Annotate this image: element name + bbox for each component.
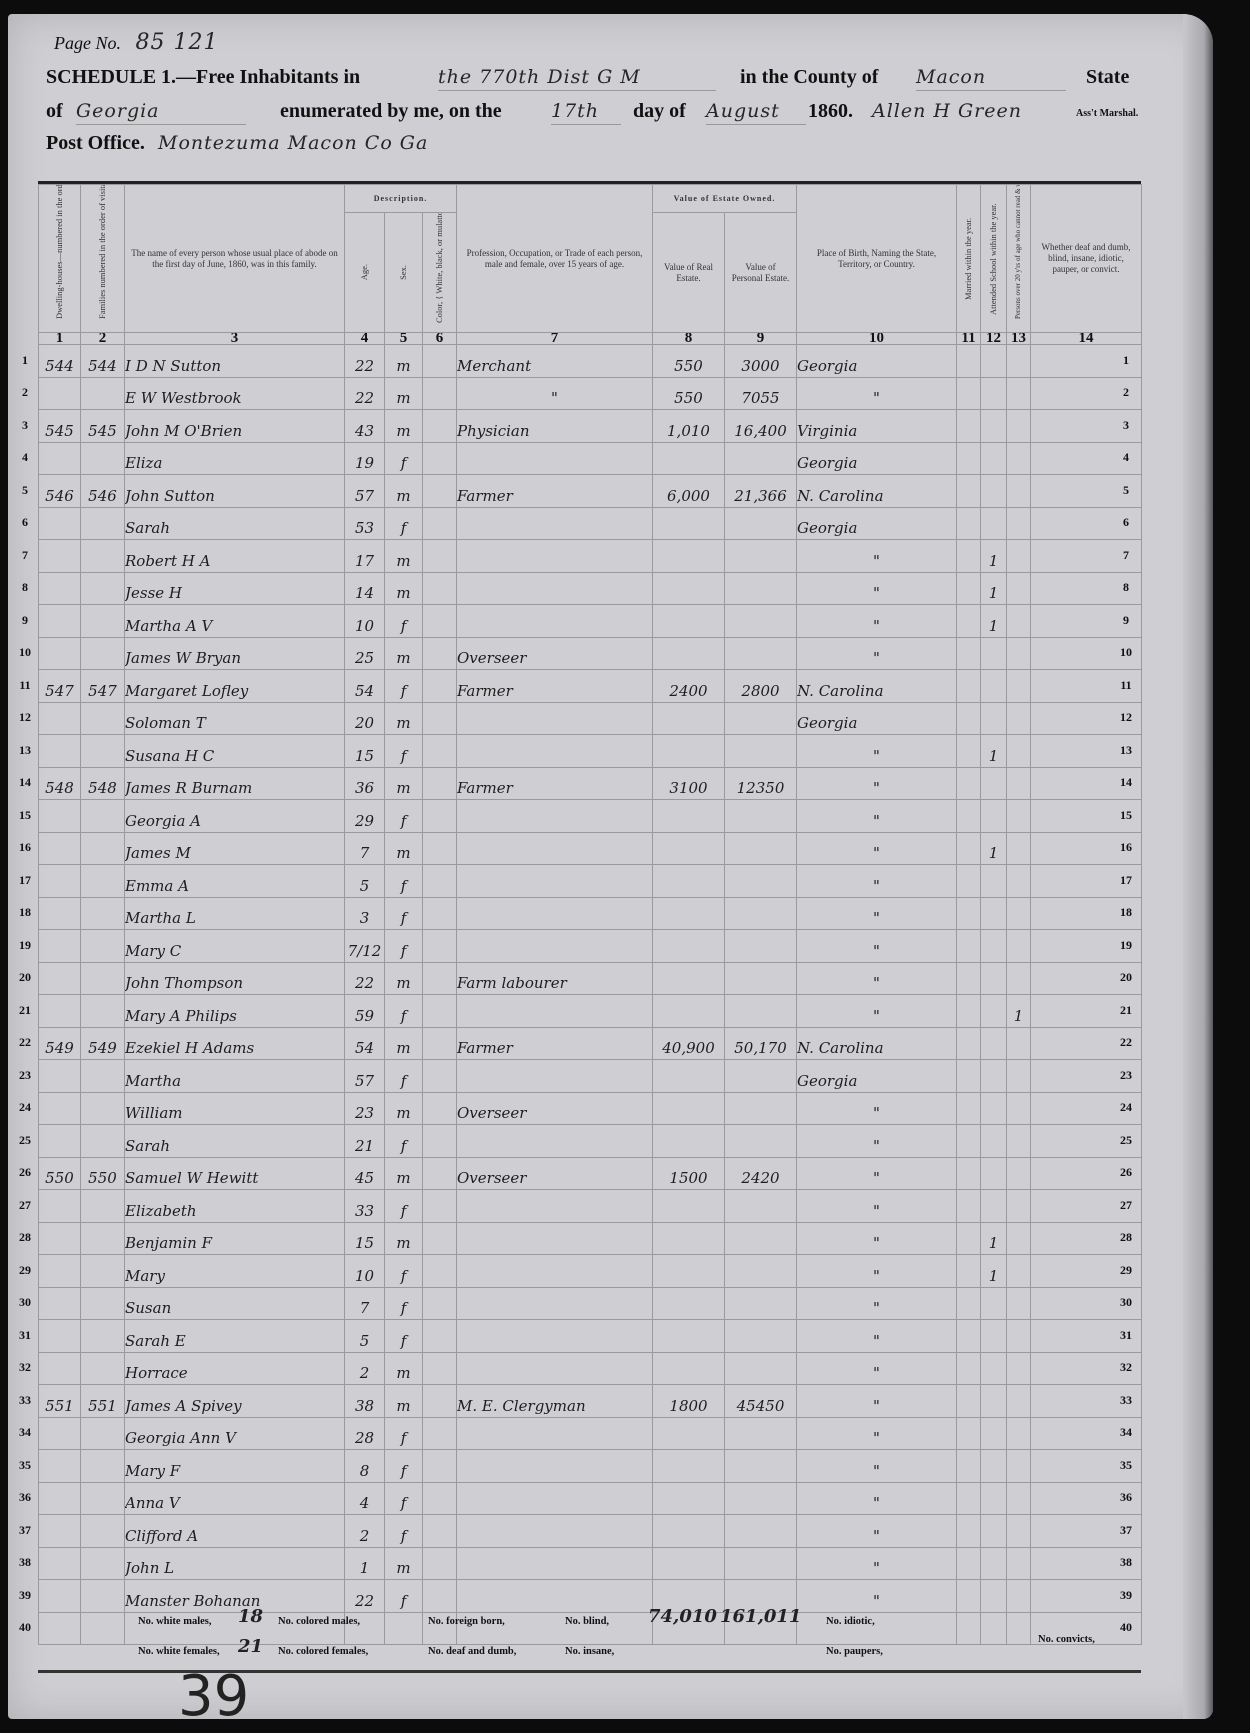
cannot-read-write-cell <box>1007 897 1031 930</box>
sex-cell: m <box>385 572 423 605</box>
attended-school-cell <box>981 865 1007 898</box>
of-label: of <box>46 100 63 122</box>
married-cell <box>957 1060 981 1093</box>
line-number: 31 <box>1115 1328 1137 1343</box>
person-name-cell: Sarah <box>125 507 345 540</box>
occupation-cell: Physician <box>457 410 653 443</box>
line-number: 30 <box>1115 1295 1137 1310</box>
cannot-read-write-cell <box>1007 832 1031 865</box>
attended-school-cell <box>981 1125 1007 1158</box>
line-number: 10 <box>14 645 36 660</box>
line-number: 4 <box>1115 450 1137 465</box>
age-cell: 5 <box>345 1320 385 1353</box>
married-cell <box>957 832 981 865</box>
family-number-cell <box>81 1190 125 1223</box>
sex-cell: f <box>385 507 423 540</box>
age-cell: 53 <box>345 507 385 540</box>
birthplace-cell: " <box>797 1092 957 1125</box>
white-males-value: 18 <box>238 1606 263 1627</box>
attended-school-cell <box>981 670 1007 703</box>
dwelling-number-cell <box>39 572 81 605</box>
line-number: 37 <box>1115 1523 1137 1538</box>
birthplace-cell: " <box>797 1157 957 1190</box>
person-name-cell: James W Bryan <box>125 637 345 670</box>
family-number-cell <box>81 832 125 865</box>
attended-school-cell <box>981 345 1007 378</box>
line-number: 13 <box>1115 743 1137 758</box>
dwelling-number-cell <box>39 1612 81 1645</box>
married-cell <box>957 865 981 898</box>
line-number: 23 <box>14 1068 36 1083</box>
line-number: 3 <box>1115 418 1137 433</box>
attended-school-cell <box>981 1320 1007 1353</box>
age-cell: 28 <box>345 1417 385 1450</box>
occupation-cell: Farmer <box>457 767 653 800</box>
table-row: Mary10f"1 <box>39 1255 1142 1288</box>
table-row: William23mOverseer" <box>39 1092 1142 1125</box>
real-estate-value-cell <box>653 1352 725 1385</box>
birthplace-cell: " <box>797 1515 957 1548</box>
age-cell: 25 <box>345 637 385 670</box>
line-number: 2 <box>14 385 36 400</box>
line-number: 23 <box>1115 1068 1137 1083</box>
age-cell: 17 <box>345 540 385 573</box>
personal-estate-value-cell <box>725 1222 797 1255</box>
family-number-cell <box>81 702 125 735</box>
real-estate-value-cell <box>653 637 725 670</box>
occupation-cell <box>457 1450 653 1483</box>
real-estate-value-cell <box>653 1515 725 1548</box>
dwelling-number-cell: 547 <box>39 670 81 703</box>
cannot-read-write-cell <box>1007 345 1031 378</box>
dwelling-number-cell <box>39 377 81 410</box>
birthplace-cell: N. Carolina <box>797 670 957 703</box>
birthplace-cell: " <box>797 1482 957 1515</box>
attended-school-cell <box>981 767 1007 800</box>
family-number-cell <box>81 637 125 670</box>
dwelling-number-cell <box>39 1482 81 1515</box>
deaf-dumb-label: No. deaf and dumb, <box>428 1646 516 1657</box>
day-field: 17th <box>551 100 621 125</box>
color-cell <box>423 1417 457 1450</box>
family-number-cell <box>81 605 125 638</box>
cannot-read-write-cell <box>1007 1450 1031 1483</box>
page-number-label: Page No. <box>54 33 121 53</box>
age-cell: 20 <box>345 702 385 735</box>
state-label: State <box>1086 66 1129 89</box>
summary-block: No. white males, 18 No. white females, 2… <box>138 1602 1141 1670</box>
sex-cell: m <box>385 1157 423 1190</box>
occupation-cell: Overseer <box>457 1157 653 1190</box>
occupation-cell <box>457 1222 653 1255</box>
real-estate-value-cell <box>653 865 725 898</box>
family-number-cell: 547 <box>81 670 125 703</box>
table-row: Mary C7/12f" <box>39 930 1142 963</box>
dwelling-number-cell <box>39 1320 81 1353</box>
column-number: 1 <box>39 333 81 345</box>
color-cell <box>423 1515 457 1548</box>
person-name-cell: Margaret Lofley <box>125 670 345 703</box>
line-number: 33 <box>1115 1393 1137 1408</box>
line-number: 37 <box>14 1523 36 1538</box>
line-number: 20 <box>14 970 36 985</box>
sex-cell: m <box>385 832 423 865</box>
dwelling-number-cell: 546 <box>39 475 81 508</box>
table-row: 551551James A Spivey38mM. E. Clergyman18… <box>39 1385 1142 1418</box>
color-cell <box>423 1190 457 1223</box>
occupation-cell <box>457 1125 653 1158</box>
cannot-read-write-cell <box>1007 1222 1031 1255</box>
color-cell <box>423 1320 457 1353</box>
sex-cell: m <box>385 1027 423 1060</box>
occupation-cell <box>457 1287 653 1320</box>
marshal-label: Ass't Marshal. <box>1076 108 1138 119</box>
personal-estate-value-cell: 7055 <box>725 377 797 410</box>
color-cell <box>423 540 457 573</box>
color-cell <box>423 410 457 443</box>
age-cell: 54 <box>345 1027 385 1060</box>
real-estate-value-cell <box>653 930 725 963</box>
real-estate-value-cell <box>653 1417 725 1450</box>
line-number: 27 <box>14 1198 36 1213</box>
line-number: 6 <box>1115 515 1137 530</box>
occupation-cell <box>457 1060 653 1093</box>
schedule-label: SCHEDULE 1.—Free Inhabitants in <box>46 66 360 88</box>
attended-school-cell: 1 <box>981 1255 1007 1288</box>
personal-estate-value-cell <box>725 1092 797 1125</box>
post-office-line: Post Office. Montezuma Macon Co Ga <box>46 132 1166 155</box>
cannot-read-write-cell <box>1007 1287 1031 1320</box>
occupation-cell <box>457 1482 653 1515</box>
table-row: E W Westbrook22m"5507055" <box>39 377 1142 410</box>
occupation-cell <box>457 1417 653 1450</box>
line-number: 22 <box>14 1035 36 1050</box>
line-number: 8 <box>1115 580 1137 595</box>
column-number: 4 <box>345 333 385 345</box>
cannot-read-write-cell <box>1007 540 1031 573</box>
white-females-value: 21 <box>238 1636 263 1657</box>
birthplace-cell: " <box>797 1320 957 1353</box>
sex-cell: m <box>385 1547 423 1580</box>
person-name-cell: Martha <box>125 1060 345 1093</box>
line-number: 24 <box>1115 1100 1137 1115</box>
color-cell <box>423 1092 457 1125</box>
occupation-cell: Farmer <box>457 1027 653 1060</box>
line-number: 19 <box>1115 938 1137 953</box>
dwelling-number-cell <box>39 605 81 638</box>
sex-cell: m <box>385 475 423 508</box>
personal-estate-value-cell <box>725 507 797 540</box>
birthplace-cell: " <box>797 572 957 605</box>
sex-cell: f <box>385 605 423 638</box>
line-number: 31 <box>14 1328 36 1343</box>
occupation-cell <box>457 930 653 963</box>
personal-estate-value-cell <box>725 897 797 930</box>
cannot-read-write-cell <box>1007 1320 1031 1353</box>
cannot-read-write-cell <box>1007 637 1031 670</box>
line-number: 32 <box>1115 1360 1137 1375</box>
line-number: 39 <box>1115 1588 1137 1603</box>
dwelling-number-cell <box>39 442 81 475</box>
age-cell: 4 <box>345 1482 385 1515</box>
table-row: Susan7f" <box>39 1287 1142 1320</box>
cannot-read-write-cell <box>1007 1255 1031 1288</box>
table-row: James W Bryan25mOverseer" <box>39 637 1142 670</box>
birthplace-cell: " <box>797 1547 957 1580</box>
family-number-cell <box>81 735 125 768</box>
birthplace-cell: " <box>797 540 957 573</box>
attended-school-cell: 1 <box>981 540 1007 573</box>
age-cell: 7 <box>345 832 385 865</box>
occupation-cell: Farmer <box>457 475 653 508</box>
color-cell <box>423 572 457 605</box>
family-number-cell <box>81 1320 125 1353</box>
person-name-cell: Martha A V <box>125 605 345 638</box>
real-estate-value-cell: 550 <box>653 377 725 410</box>
line-number: 19 <box>14 938 36 953</box>
sex-cell: m <box>385 962 423 995</box>
schedule-line: SCHEDULE 1.—Free Inhabitants in the 770t… <box>46 66 1166 89</box>
person-name-cell: Mary <box>125 1255 345 1288</box>
personal-estate-value-cell <box>725 735 797 768</box>
family-number-cell <box>81 1515 125 1548</box>
personal-estate-value-cell <box>725 637 797 670</box>
enumerated-label: enumerated by me, on the <box>280 100 502 123</box>
real-estate-value-cell <box>653 507 725 540</box>
birthplace-cell: " <box>797 605 957 638</box>
attended-school-cell <box>981 377 1007 410</box>
line-number: 6 <box>14 515 36 530</box>
dwelling-number-cell <box>39 702 81 735</box>
color-cell <box>423 475 457 508</box>
family-number-cell <box>81 1222 125 1255</box>
table-row: Clifford A2f" <box>39 1515 1142 1548</box>
personal-estate-value-cell: 16,400 <box>725 410 797 443</box>
sex-cell: f <box>385 1060 423 1093</box>
line-number: 14 <box>1115 775 1137 790</box>
sex-cell: f <box>385 865 423 898</box>
age-cell: 38 <box>345 1385 385 1418</box>
sex-cell: f <box>385 930 423 963</box>
line-number: 33 <box>14 1393 36 1408</box>
married-cell <box>957 637 981 670</box>
table-row: Robert H A17m"1 <box>39 540 1142 573</box>
real-estate-value-cell <box>653 1450 725 1483</box>
occupation-cell <box>457 540 653 573</box>
dwelling-number-cell <box>39 540 81 573</box>
table-row: Martha57fGeorgia <box>39 1060 1142 1093</box>
person-name-cell: Sarah E <box>125 1320 345 1353</box>
cannot-read-write-cell <box>1007 800 1031 833</box>
sex-cell: f <box>385 1482 423 1515</box>
line-number: 12 <box>14 710 36 725</box>
real-estate-value-cell <box>653 1255 725 1288</box>
age-cell: 7/12 <box>345 930 385 963</box>
birthplace-cell: Virginia <box>797 410 957 443</box>
birthplace-cell: Georgia <box>797 1060 957 1093</box>
family-number-cell: 544 <box>81 345 125 378</box>
age-cell: 29 <box>345 800 385 833</box>
sex-cell: m <box>385 637 423 670</box>
age-cell: 22 <box>345 345 385 378</box>
person-name-cell: Clifford A <box>125 1515 345 1548</box>
total-personal-estate: 161,011 <box>720 1606 801 1627</box>
family-number-cell <box>81 1547 125 1580</box>
col6-header: Color, { White, black, or mulatto. <box>423 213 457 333</box>
age-cell: 8 <box>345 1450 385 1483</box>
colored-males-label: No. colored males, <box>278 1616 360 1627</box>
age-cell: 33 <box>345 1190 385 1223</box>
occupation-cell <box>457 572 653 605</box>
line-number: 11 <box>14 678 36 693</box>
real-estate-value-cell <box>653 1287 725 1320</box>
personal-estate-value-cell: 3000 <box>725 345 797 378</box>
sex-cell: f <box>385 1287 423 1320</box>
married-cell <box>957 1385 981 1418</box>
table-row: Benjamin F15m"1 <box>39 1222 1142 1255</box>
table-row: Mary A Philips59f"1 <box>39 995 1142 1028</box>
age-cell: 45 <box>345 1157 385 1190</box>
cannot-read-write-cell <box>1007 1060 1031 1093</box>
attended-school-cell: 1 <box>981 832 1007 865</box>
real-estate-value-cell <box>653 897 725 930</box>
col14-header: Whether deaf and dumb, blind, insane, id… <box>1031 185 1142 333</box>
married-cell <box>957 995 981 1028</box>
sex-cell: f <box>385 1255 423 1288</box>
sex-cell: m <box>385 540 423 573</box>
real-estate-value-cell: 1,010 <box>653 410 725 443</box>
column-number: 6 <box>423 333 457 345</box>
real-estate-value-cell <box>653 1320 725 1353</box>
birthplace-cell: " <box>797 767 957 800</box>
real-estate-value-cell <box>653 1547 725 1580</box>
birthplace-cell: " <box>797 897 957 930</box>
occupation-cell: Merchant <box>457 345 653 378</box>
personal-estate-value-cell: 45450 <box>725 1385 797 1418</box>
person-name-cell: John L <box>125 1547 345 1580</box>
line-number: 1 <box>1115 353 1137 368</box>
age-cell: 21 <box>345 1125 385 1158</box>
attended-school-cell <box>981 962 1007 995</box>
occupation-cell <box>457 897 653 930</box>
sex-cell: f <box>385 1417 423 1450</box>
family-number-cell <box>81 962 125 995</box>
birthplace-cell: " <box>797 1450 957 1483</box>
real-estate-value-cell: 1500 <box>653 1157 725 1190</box>
col8-header: Value of Real Estate. <box>653 213 725 333</box>
table-row: James M7m"1 <box>39 832 1142 865</box>
family-number-cell <box>81 507 125 540</box>
sex-cell: f <box>385 800 423 833</box>
cannot-read-write-cell <box>1007 865 1031 898</box>
column-number: 2 <box>81 333 125 345</box>
color-cell <box>423 1222 457 1255</box>
color-cell <box>423 1385 457 1418</box>
personal-estate-value-cell: 21,366 <box>725 475 797 508</box>
family-number-cell <box>81 572 125 605</box>
dwelling-number-cell <box>39 1125 81 1158</box>
birthplace-cell: " <box>797 1190 957 1223</box>
person-name-cell: E W Westbrook <box>125 377 345 410</box>
married-cell <box>957 1482 981 1515</box>
column-number: 12 <box>981 333 1007 345</box>
column-number: 7 <box>457 333 653 345</box>
married-cell <box>957 930 981 963</box>
cannot-read-write-cell <box>1007 1482 1031 1515</box>
age-cell: 59 <box>345 995 385 1028</box>
table-row: Soloman T20mGeorgia <box>39 702 1142 735</box>
age-cell: 1 <box>345 1547 385 1580</box>
real-estate-value-cell: 1800 <box>653 1385 725 1418</box>
line-number: 36 <box>14 1490 36 1505</box>
age-cell: 57 <box>345 1060 385 1093</box>
table-row: 550550Samuel W Hewitt45mOverseer15002420… <box>39 1157 1142 1190</box>
birthplace-cell: " <box>797 1222 957 1255</box>
birthplace-cell: " <box>797 1385 957 1418</box>
personal-estate-value-cell <box>725 1287 797 1320</box>
real-estate-value-cell <box>653 1222 725 1255</box>
sex-cell: m <box>385 1222 423 1255</box>
month-field: August <box>706 100 806 125</box>
attended-school-cell: 1 <box>981 572 1007 605</box>
county-field: Macon <box>916 66 1066 91</box>
age-cell: 10 <box>345 605 385 638</box>
married-cell <box>957 1027 981 1060</box>
column-number: 5 <box>385 333 423 345</box>
real-estate-value-cell <box>653 800 725 833</box>
personal-estate-value-cell <box>725 865 797 898</box>
table-row: Martha L3f" <box>39 897 1142 930</box>
sex-cell: f <box>385 442 423 475</box>
personal-estate-value-cell <box>725 702 797 735</box>
table-row: Elizabeth33f" <box>39 1190 1142 1223</box>
birthplace-cell: " <box>797 1255 957 1288</box>
attended-school-cell <box>981 800 1007 833</box>
foreign-born-label: No. foreign born, <box>428 1616 505 1627</box>
real-estate-value-cell <box>653 540 725 573</box>
sex-cell: f <box>385 1515 423 1548</box>
family-number-cell: 550 <box>81 1157 125 1190</box>
personal-estate-value-cell <box>725 832 797 865</box>
dwelling-number-cell <box>39 832 81 865</box>
sex-cell: m <box>385 410 423 443</box>
line-number: 38 <box>1115 1555 1137 1570</box>
line-number: 13 <box>14 743 36 758</box>
dwelling-number-cell <box>39 1092 81 1125</box>
attended-school-cell <box>981 442 1007 475</box>
person-name-cell: Emma A <box>125 865 345 898</box>
family-number-cell <box>81 1060 125 1093</box>
line-number: 7 <box>1115 548 1137 563</box>
line-number: 32 <box>14 1360 36 1375</box>
line-number: 15 <box>14 808 36 823</box>
attended-school-cell <box>981 1190 1007 1223</box>
sex-cell: f <box>385 1450 423 1483</box>
day-of-label: day of <box>633 100 686 123</box>
family-number-cell <box>81 1612 125 1645</box>
personal-estate-value-cell <box>725 1320 797 1353</box>
dwelling-number-cell <box>39 1060 81 1093</box>
married-cell <box>957 767 981 800</box>
attended-school-cell: 1 <box>981 605 1007 638</box>
occupation-cell <box>457 735 653 768</box>
attended-school-cell <box>981 1385 1007 1418</box>
dwelling-number-cell <box>39 800 81 833</box>
married-cell <box>957 1190 981 1223</box>
birthplace-cell: N. Carolina <box>797 475 957 508</box>
convicts-label: No. convicts, <box>1038 1634 1095 1645</box>
line-number: 18 <box>14 905 36 920</box>
